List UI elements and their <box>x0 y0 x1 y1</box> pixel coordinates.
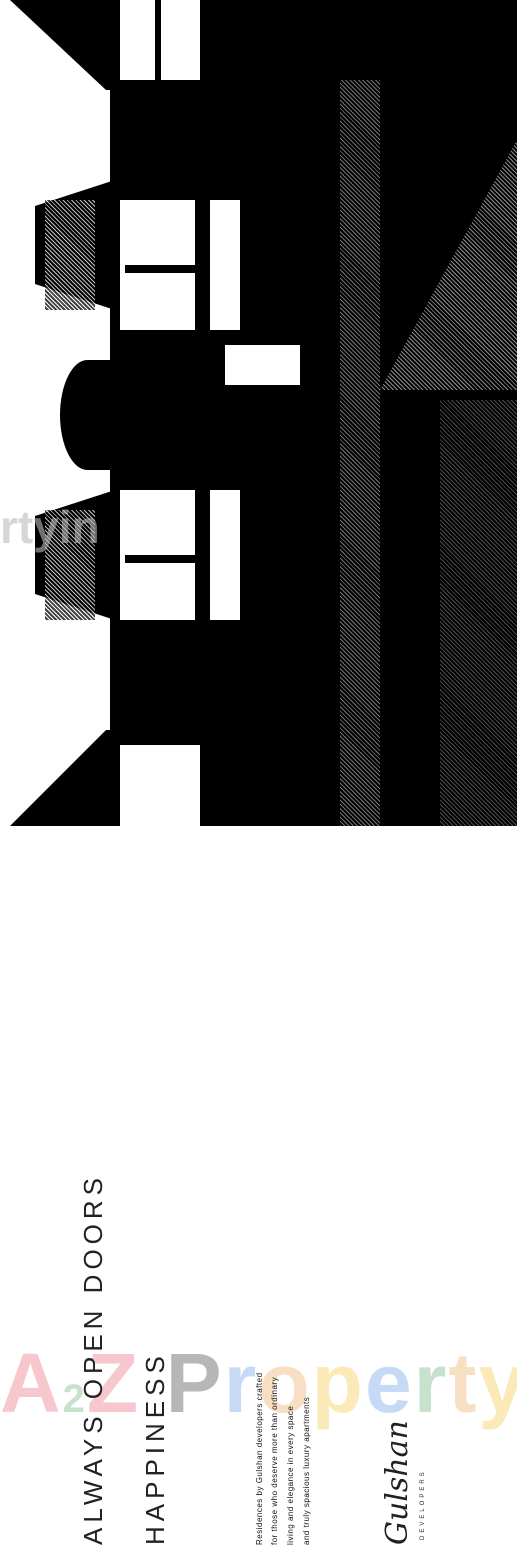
body-line: Residences by Gulshan developers crafted <box>255 1372 264 1545</box>
body-line: for those who deserve more than ordinary <box>270 1377 279 1545</box>
body-line: living and elegance in every space <box>286 1406 295 1545</box>
logo-letter: A <box>0 1336 63 1430</box>
logo-letter: e <box>365 1336 414 1430</box>
logo-letter: r <box>224 1336 259 1430</box>
lawn-texture <box>340 80 380 826</box>
watermark: rtyin <box>0 500 100 554</box>
body-line: and truly spacious luxury apartments <box>302 1397 311 1545</box>
gulshan-brand-logo: Gulshan <box>380 1420 415 1545</box>
window <box>225 345 300 385</box>
window <box>120 745 200 826</box>
logo-letter: y <box>478 1336 517 1430</box>
headline-line-2: HAPPINESS <box>140 1351 171 1545</box>
logo-letter: p <box>312 1336 365 1430</box>
brand-subtitle: DEVELOPERS <box>420 1469 426 1540</box>
logo-letter: t <box>448 1336 478 1430</box>
house-photo: rtyin <box>0 0 517 826</box>
logo-letter: r <box>414 1336 449 1430</box>
headline-line-1: ALWAYS OPEN DOORS <box>78 1173 109 1545</box>
